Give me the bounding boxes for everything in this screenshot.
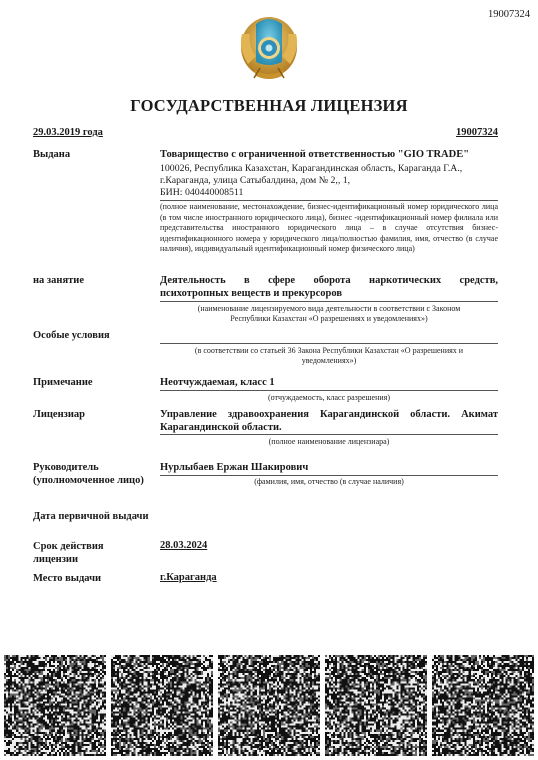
place-label: Место выдачи: [33, 572, 101, 585]
licensee-address-line1: 100026, Республика Казахстан, Карагандин…: [160, 163, 498, 175]
divider: [160, 434, 498, 435]
issued-to-label: Выдана: [33, 148, 70, 161]
qr-code-4: [325, 655, 427, 756]
issue-date: 29.03.2019 года: [33, 127, 103, 138]
special-conditions-note-line1: (в соответствии со статьей 36 Закона Рес…: [160, 346, 498, 357]
divider: [160, 475, 498, 476]
divider: [160, 390, 498, 391]
qr-code-3: [218, 655, 320, 756]
licensor-note: (полное наименование лицензиара): [160, 437, 498, 448]
head-label-line2: (уполномоченное лицо): [33, 474, 144, 487]
validity-date: 28.03.2024: [160, 540, 207, 551]
licensor-line2: Карагандинской области.: [160, 421, 498, 434]
validity-label-line1: Срок действия: [33, 540, 104, 553]
licensor-label: Лицензиар: [33, 408, 85, 421]
licensee-address-line2: г.Караганда, улица Сатыбалдина, дом № 2,…: [160, 175, 498, 187]
page-title: ГОСУДАРСТВЕННАЯ ЛИЦЕНЗИЯ: [0, 96, 538, 116]
license-number: 19007324: [456, 127, 498, 138]
licensor-line1: Управление здравоохранения Карагандинско…: [160, 408, 498, 421]
kazakhstan-state-emblem-icon: [230, 12, 308, 84]
place-value: г.Караганда: [160, 572, 217, 583]
qr-code-1: [4, 655, 106, 756]
special-conditions-note-line2: уведомлениях»): [160, 356, 498, 367]
head-name: Нурлыбаев Ержан Шакирович: [160, 461, 498, 474]
licensee-name: Товарищество с ограниченной ответственно…: [160, 148, 498, 161]
qr-code-5: [432, 655, 534, 756]
issued-to-note: (полное наименование, местонахождение, б…: [160, 202, 498, 255]
first-issue-date-label: Дата первичной выдачи: [33, 510, 149, 523]
divider: [160, 200, 498, 201]
remark-value: Неотчуждаемая, класс 1: [160, 376, 498, 389]
validity-label-line2: лицензии: [33, 553, 78, 566]
activity-label: на занятие: [33, 274, 84, 287]
remark-note: (отчуждаемость, класс разрешения): [160, 393, 498, 404]
activity-note-line2: Республики Казахстан «О разрешениях и ув…: [160, 314, 498, 325]
activity-line2: психотропных веществ и прекурсоров: [160, 287, 498, 300]
document-number-top: 19007324: [488, 9, 530, 20]
remark-label: Примечание: [33, 376, 93, 389]
activity-note-line1: (наименование лицензируемого вида деятел…: [160, 304, 498, 315]
head-note: (фамилия, имя, отчество (в случае наличи…: [160, 477, 498, 488]
activity-line1: Деятельность в сфере оборота наркотическ…: [160, 274, 498, 287]
head-label-line1: Руководитель: [33, 461, 99, 474]
qr-code-2: [111, 655, 213, 756]
divider: [160, 343, 498, 344]
divider: [160, 301, 498, 302]
licensee-bin: БИН: 040440008511: [160, 187, 498, 199]
special-conditions-label: Особые условия: [33, 329, 110, 342]
